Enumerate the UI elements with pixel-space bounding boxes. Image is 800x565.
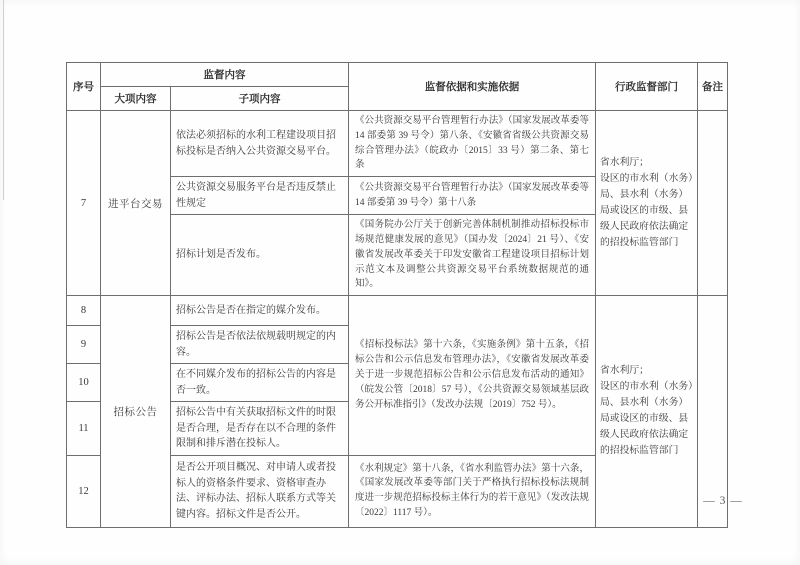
sub-item-cell: 依法必须招标的水利工程建设项目招标投标是否纳入公共资源交易平台。 <box>171 111 349 177</box>
header-admin-dept: 行政监督部门 <box>596 63 698 111</box>
scan-edge-line <box>3 0 4 200</box>
sub-item-cell: 招标公告中有关获取招标文件的时限是否合理，是否存在以不合理的条件限制和排斥潜在投… <box>171 402 349 456</box>
basis-cell: 《水利规定》第十八条，《省水利监管办法》第十六条，《国家发展改革委等部门关于严格… <box>349 455 596 527</box>
basis-cell: 《招标投标法》第十六条，《实施条例》第十五条，《招标公告和公示信息发布管理办法》… <box>349 296 596 456</box>
seq-cell: 8 <box>67 296 101 326</box>
header-major-item: 大项内容 <box>101 87 171 111</box>
admin-dept-cell: 省水利厅； 设区的市水利（水务）局、县水利（水务）局或设区的市级、县级人民政府依… <box>596 111 698 296</box>
document-page: 序号 监督内容 监督依据和实施依据 行政监督部门 备注 大项内容 子项内容 7 … <box>0 0 800 565</box>
seq-cell: 10 <box>67 364 101 402</box>
remark-cell <box>698 111 728 296</box>
header-sub-item: 子项内容 <box>171 87 349 111</box>
seq-cell: 7 <box>67 111 101 296</box>
sub-item-cell: 招标公告是否依法依规载明规定的内容。 <box>171 326 349 364</box>
seq-cell: 9 <box>67 326 101 364</box>
seq-cell: 12 <box>67 455 101 527</box>
major-item-cell: 进平台交易 <box>101 111 171 296</box>
sub-item-cell: 招标计划是否发布。 <box>171 215 349 296</box>
header-basis: 监督依据和实施依据 <box>349 63 596 111</box>
seq-cell: 11 <box>67 402 101 456</box>
major-item-cell: 招标公告 <box>101 296 171 528</box>
sub-item-cell: 在不同媒介发布的招标公告的内容是否一致。 <box>171 364 349 402</box>
supervision-table: 序号 监督内容 监督依据和实施依据 行政监督部门 备注 大项内容 子项内容 7 … <box>66 62 728 528</box>
admin-dept-cell: 省水利厅； 设区的市水利（水务）局、县水利（水务）局或设区的市级、县级人民政府依… <box>596 296 698 528</box>
sub-item-cell: 招标公告是否在指定的媒介发布。 <box>171 296 349 326</box>
header-seq: 序号 <box>67 63 101 111</box>
header-remarks: 备注 <box>698 63 728 111</box>
basis-cell: 《公共资源交易平台管理暂行办法》（国家发展改革委等 14 部委第 39 号令）第… <box>349 111 596 177</box>
page-number: — 3 — <box>688 495 758 507</box>
basis-cell: 《国务院办公厅关于创新完善体制机制推动招标投标市场规范健康发展的意见》（国办发〔… <box>349 215 596 296</box>
sub-item-cell: 是否公开项目概况、对申请人或者投标人的资格条件要求、资格审查办法、评标办法、招标… <box>171 455 349 527</box>
sub-item-cell: 公共资源交易服务平台是否违反禁止性规定 <box>171 177 349 215</box>
basis-cell: 《公共资源交易平台管理暂行办法》（国家发展改革委等 14 部委第 39 号令）第… <box>349 177 596 215</box>
header-supervision-content: 监督内容 <box>101 63 349 87</box>
remark-cell <box>698 296 728 528</box>
